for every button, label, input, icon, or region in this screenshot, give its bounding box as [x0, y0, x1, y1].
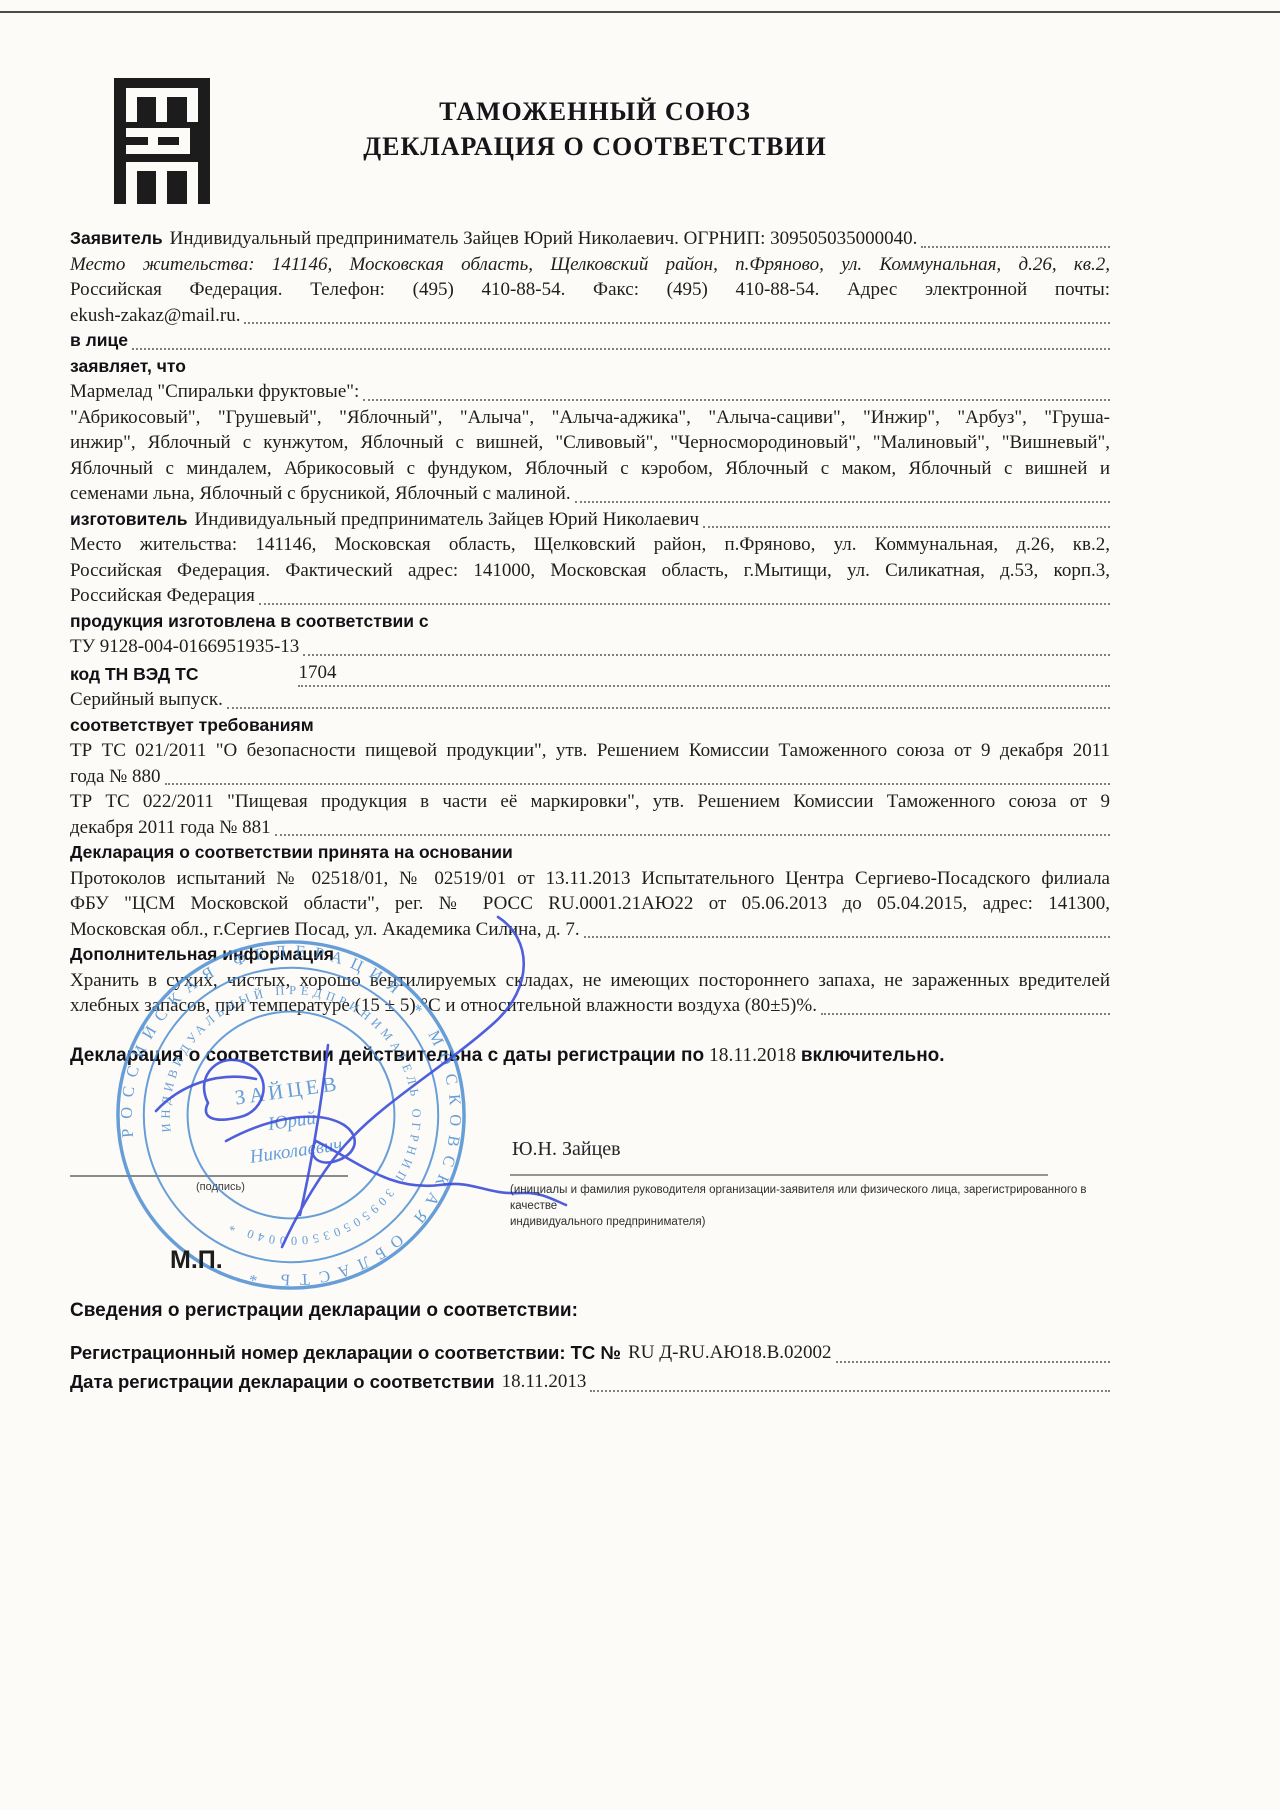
- dotted-rule: [363, 399, 1110, 401]
- document-header: ТАМОЖЕННЫЙ СОЮЗ ДЕКЛАРАЦИЯ О СООТВЕТСТВИ…: [70, 78, 1110, 204]
- dotted-rule: [275, 834, 1110, 836]
- serial-text: Серийный выпуск.: [70, 687, 223, 713]
- manufacturer-name: Индивидуальный предприниматель Зайцев Юр…: [195, 507, 700, 533]
- dotted-rule: [836, 1361, 1110, 1363]
- product-list-line-1: "Абрикосовый", "Грушевый", "Яблочный", "…: [70, 405, 1110, 431]
- product-list-line-2: инжир", Яблочный с кунжутом, Яблочный с …: [70, 430, 1110, 456]
- title-line-2: ДЕКЛАРАЦИЯ О СООТВЕТСТВИИ: [210, 129, 980, 164]
- registration-date-line: Дата регистрации декларации о соответств…: [70, 1367, 1110, 1396]
- dotted-rule: [590, 1390, 1110, 1392]
- basis-line-1: Протоколов испытаний № 02518/01, № 02519…: [70, 866, 1110, 892]
- document-sheet: ТАМОЖЕННЫЙ СОЮЗ ДЕКЛАРАЦИЯ О СООТВЕТСТВИ…: [0, 0, 1280, 1810]
- tr1-line-2: года № 880: [70, 764, 1110, 790]
- in-person-label: в лице: [70, 328, 128, 354]
- tnved-line: код ТН ВЭД ТС 1704: [70, 660, 1110, 688]
- applicant-label: Заявитель: [70, 226, 163, 252]
- tu-number: ТУ 9128-004-0166951935-13: [70, 634, 299, 660]
- tu-line: ТУ 9128-004-0166951935-13: [70, 634, 1110, 660]
- dotted-rule: [921, 246, 1110, 248]
- dotted-rule: [703, 526, 1110, 528]
- product-list-line-3: Яблочный с миндалем, Абрикосовый с фунду…: [70, 456, 1110, 482]
- declares-label: заявляет, что: [70, 354, 1110, 380]
- title-block: ТАМОЖЕННЫЙ СОЮЗ ДЕКЛАРАЦИЯ О СООТВЕТСТВИ…: [210, 78, 1110, 164]
- scan-edge-line: [0, 11, 1280, 13]
- serial-line: Серийный выпуск.: [70, 687, 1110, 713]
- registration-section: Сведения о регистрации декларации о соот…: [70, 1300, 1110, 1396]
- dotted-rule: [575, 501, 1110, 503]
- manufacturer-address-1: Место жительства: 141146, Московская обл…: [70, 532, 1110, 558]
- mp-seal-label: М.П.: [170, 1246, 223, 1275]
- manufacturer-country: Российская Федерация: [70, 583, 255, 609]
- tr1-end: года № 880: [70, 764, 161, 790]
- applicant-residence-rest: Российская Федерация. Телефон: (495) 410…: [70, 277, 1110, 303]
- applicant-text: Индивидуальный предприниматель Зайцев Юр…: [170, 226, 918, 252]
- dotted-rule: [244, 322, 1110, 324]
- dotted-rule: [259, 603, 1110, 605]
- registration-header: Сведения о регистрации декларации о соот…: [70, 1300, 1110, 1322]
- tr2-line-2: декабря 2011 года № 881: [70, 815, 1110, 841]
- basis-label: Декларация о соответствии принята на осн…: [70, 840, 1110, 866]
- applicant-email: ekush-zakaz@mail.ru.: [70, 303, 240, 329]
- validity-date: 18.11.2018: [709, 1045, 796, 1066]
- applicant-email-line: ekush-zakaz@mail.ru.: [70, 303, 1110, 329]
- registration-date-label: Дата регистрации декларации о соответств…: [70, 1367, 495, 1396]
- product-intro: Мармелад "Спиральки фруктовые":: [70, 379, 359, 405]
- tr1-line-1: ТР ТС 021/2011 "О безопасности пищевой п…: [70, 738, 1110, 764]
- signer-note-line-2: индивидуального предпринимателя): [510, 1214, 1130, 1230]
- applicant-residence-italic: Место жительства: 141146, Московская обл…: [70, 252, 1110, 278]
- validity-suffix: включительно.: [801, 1045, 945, 1066]
- dotted-rule: [821, 1013, 1110, 1015]
- signer-note: (инициалы и фамилия руководителя организ…: [510, 1182, 1130, 1230]
- tr2-end: декабря 2011 года № 881: [70, 815, 271, 841]
- manufacturer-line: изготовитель Индивидуальный предпринимат…: [70, 507, 1110, 533]
- tnved-code: 1704: [298, 660, 336, 686]
- product-list-line-4: семенами льна, Яблочный с брусникой, Ябл…: [70, 481, 1110, 507]
- handwritten-signature: [60, 903, 590, 1323]
- applicant-line: Заявитель Индивидуальный предприниматель…: [70, 226, 1110, 252]
- product-intro-line: Мармелад "Спиральки фруктовые":: [70, 379, 1110, 405]
- title-line-1: ТАМОЖЕННЫЙ СОЮЗ: [210, 94, 980, 129]
- registration-date-value: 18.11.2013: [502, 1367, 587, 1396]
- signer-name-line: [510, 1174, 1048, 1176]
- signer-note-line-1: (инициалы и фамилия руководителя организ…: [510, 1182, 1130, 1214]
- tnved-label: код ТН ВЭД ТС: [70, 662, 198, 688]
- dotted-rule: [303, 654, 1110, 656]
- manufacturer-address-3: Российская Федерация: [70, 583, 1110, 609]
- manufacturer-address-2: Российская Федерация. Фактический адрес:…: [70, 558, 1110, 584]
- registration-number-value: RU Д-RU.АЮ18.В.02002: [628, 1338, 832, 1367]
- signer-name: Ю.Н. Зайцев: [512, 1138, 621, 1161]
- dotted-rule: [227, 707, 1110, 709]
- dotted-rule: [132, 348, 1110, 350]
- in-person-line: в лице: [70, 328, 1110, 354]
- dotted-rule: [584, 936, 1110, 938]
- registration-number-label: Регистрационный номер декларации о соотв…: [70, 1338, 621, 1367]
- manufacturer-label: изготовитель: [70, 507, 188, 533]
- tr2-line-1: ТР ТС 022/2011 "Пищевая продукция в част…: [70, 789, 1110, 815]
- production-label: продукция изготовлена в соответствии с: [70, 609, 1110, 635]
- compliance-label: соответствует требованиям: [70, 713, 1110, 739]
- registration-number-line: Регистрационный номер декларации о соотв…: [70, 1338, 1110, 1367]
- product-list-end: семенами льна, Яблочный с брусникой, Ябл…: [70, 481, 571, 507]
- dotted-rule: [165, 783, 1110, 785]
- eac-mark-icon: [114, 78, 210, 204]
- dotted-rule: 1704: [298, 660, 1110, 688]
